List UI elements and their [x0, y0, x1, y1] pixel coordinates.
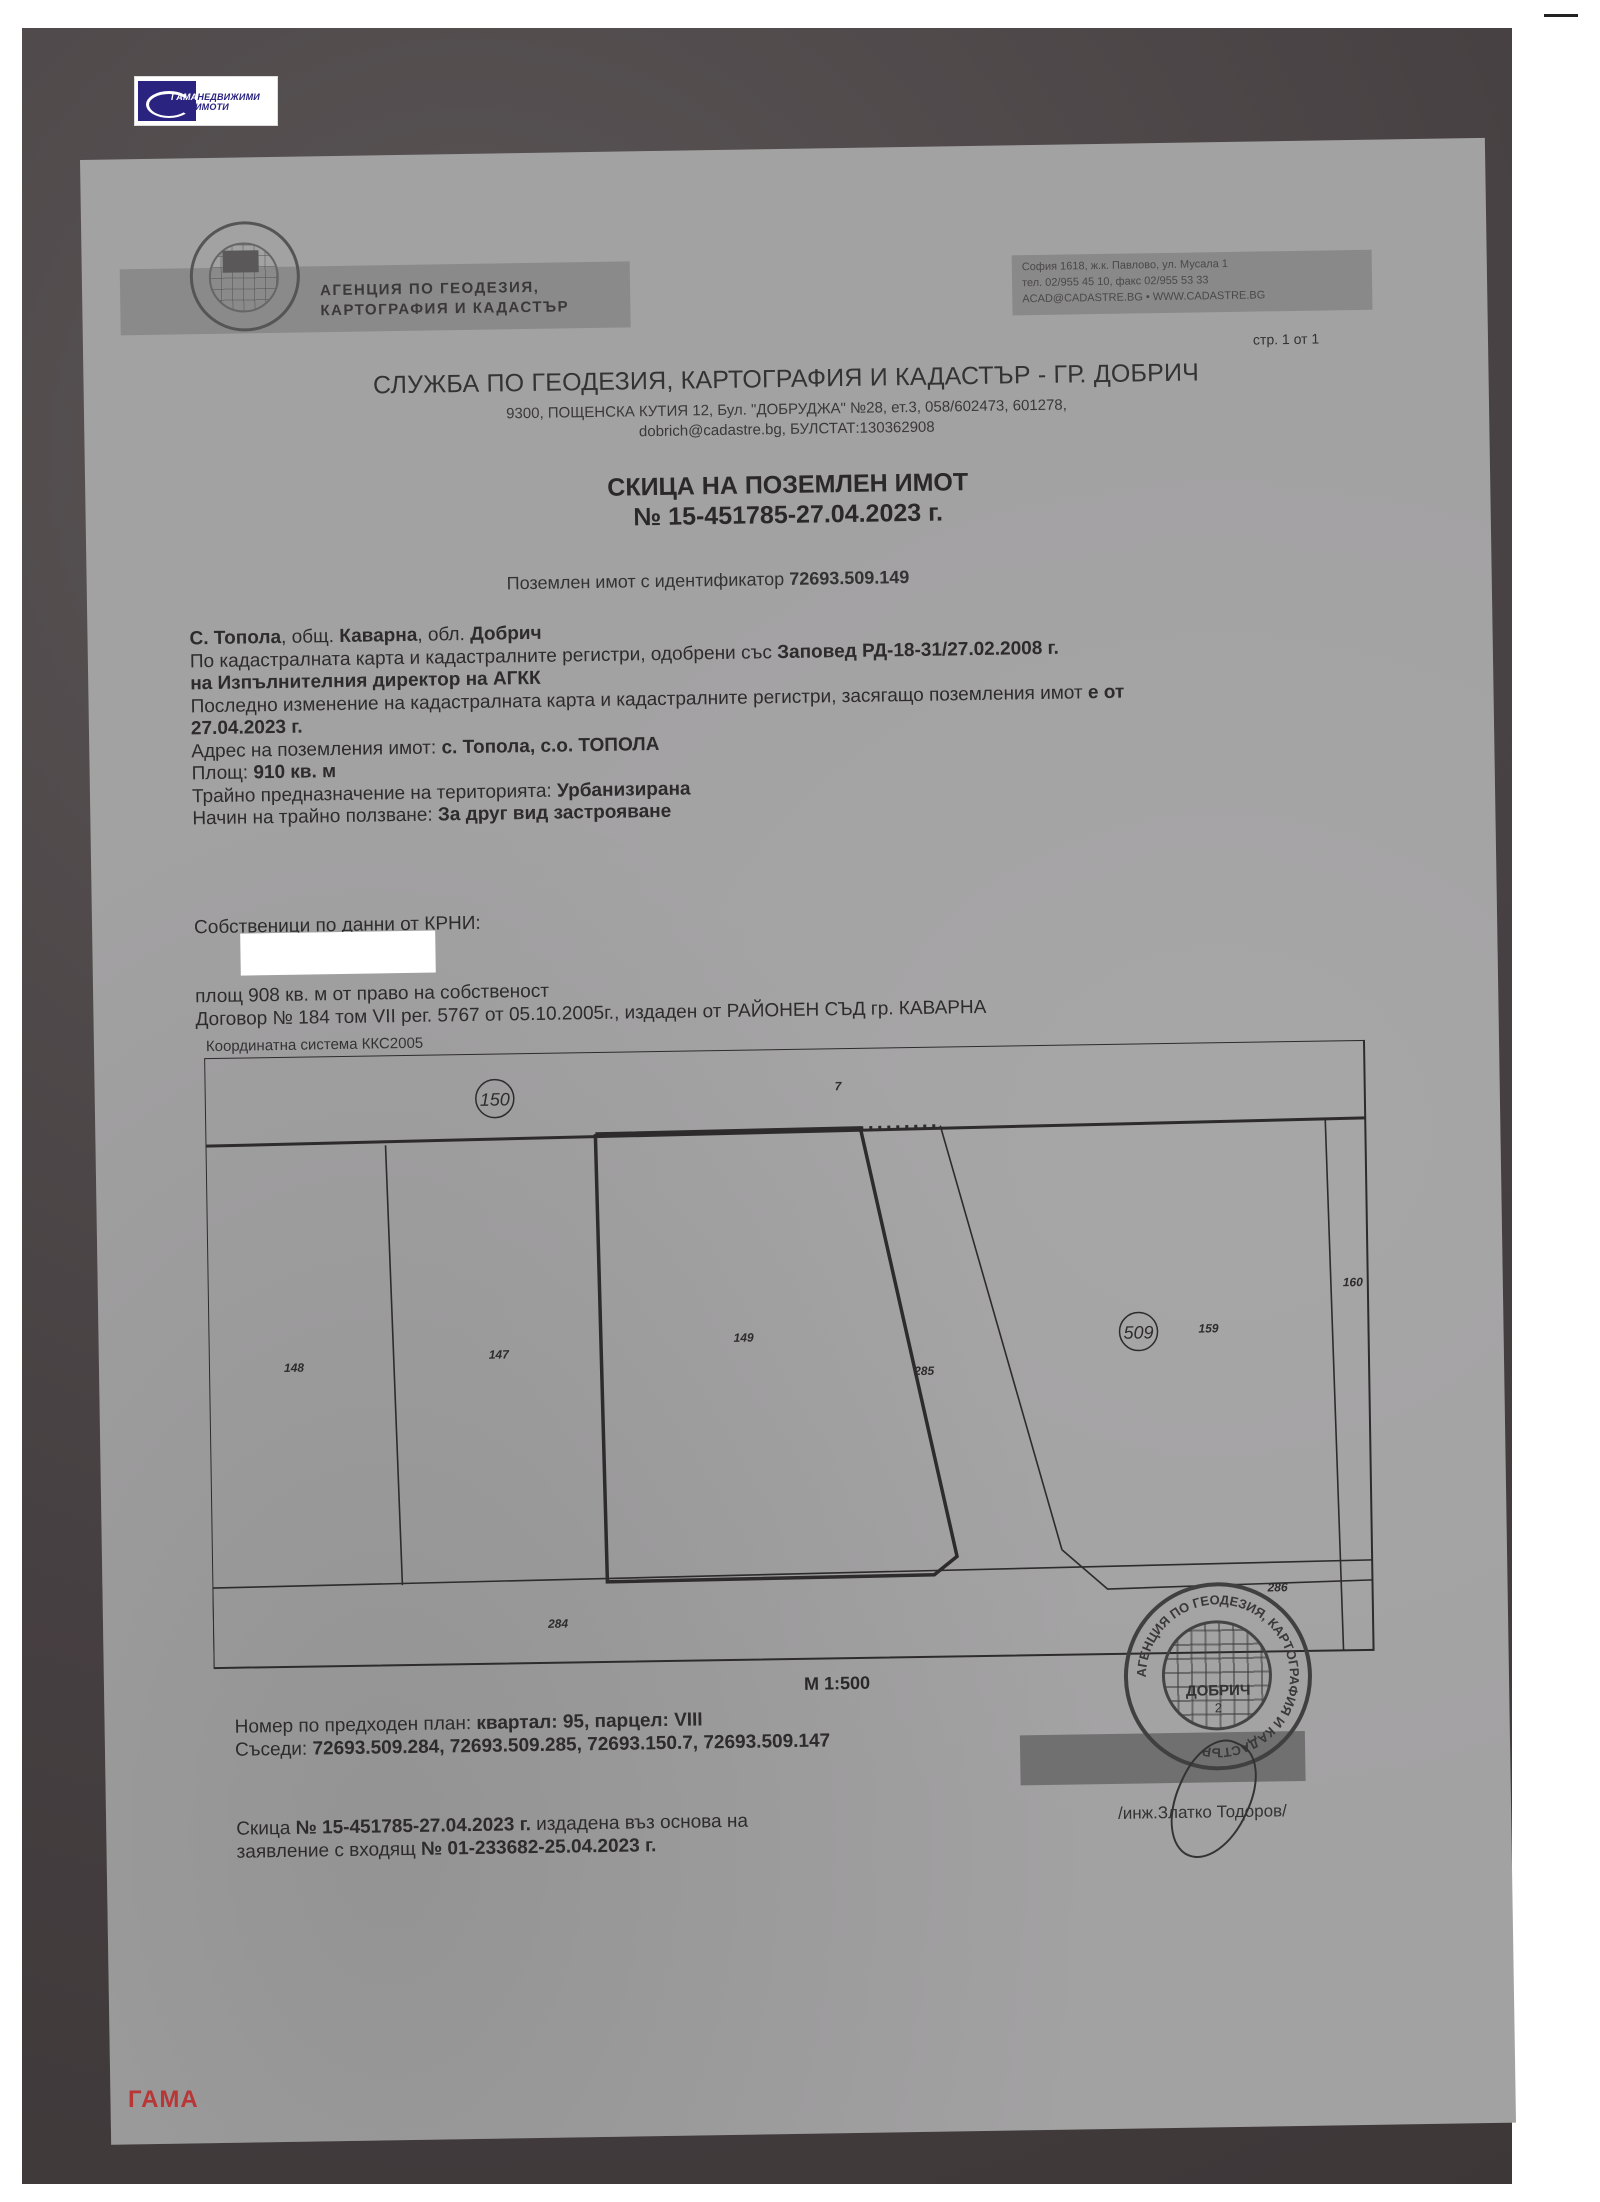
stamp-number: 2 — [1128, 1699, 1308, 1717]
hq-contact: София 1618, ж.к. Павлово, ул. Мусала 1 т… — [1022, 255, 1266, 307]
redaction-block — [240, 931, 436, 976]
issued-suffix: издадена въз основа на — [536, 1811, 748, 1835]
area-value: 910 кв. м — [253, 761, 336, 783]
svg-text:160: 160 — [1343, 1275, 1364, 1289]
cadastre-order: Заповед РД-18-31/27.02.2008 г. — [777, 637, 1059, 662]
issued-prefix: Скица — [236, 1818, 290, 1840]
logo-line2: ИМОТИ — [195, 102, 229, 112]
settlement: С. Топола — [189, 627, 281, 649]
neighbors-label: Съседи: — [235, 1739, 308, 1761]
region: Добрич — [470, 623, 542, 645]
map-scale: М 1:500 — [804, 1673, 870, 1695]
region-label: обл. — [428, 624, 465, 646]
coordinate-system-label: Координатна система ККС2005 — [206, 1035, 424, 1055]
signatory-name: /инж.Златко Тодоров/ — [1118, 1801, 1287, 1824]
svg-text:150: 150 — [480, 1089, 510, 1109]
agency-name-line2: КАРТОГРАФИЯ И КАДАСТЪР — [320, 297, 569, 321]
purpose-value: Урбанизирана — [557, 778, 691, 801]
area-label: Площ: — [191, 762, 248, 784]
gama-logo: ГАМАНЕДВИЖИМИ ИМОТИ — [134, 76, 278, 126]
logo-text: ГАМАНЕДВИЖИМИ ИМОТИ — [171, 92, 260, 112]
logo-brand: ГАМА — [171, 92, 197, 102]
application-prefix: заявление с входящ — [236, 1839, 415, 1863]
svg-text:149: 149 — [733, 1331, 754, 1345]
address-label: Адрес на поземления имот: — [191, 737, 436, 762]
svg-text:509: 509 — [1123, 1322, 1153, 1342]
stamp-city: ДОБРИЧ — [1128, 1681, 1308, 1701]
last-change-date: 27.04.2023 г. — [191, 717, 303, 740]
page-indicator: стр. 1 от 1 — [1253, 331, 1319, 348]
municipality: Каварна — [339, 625, 417, 647]
identifier-label: Поземлен имот с идентификатор — [507, 569, 785, 593]
svg-text:147: 147 — [489, 1347, 511, 1361]
gama-watermark: ГАМА — [128, 2086, 199, 2114]
identifier-value: 72693.509.149 — [789, 567, 909, 589]
property-details: С. Топола, общ. Каварна, обл. Добрич По … — [189, 614, 1126, 831]
svg-text:7: 7 — [835, 1079, 843, 1093]
subject-parcel-outline — [595, 1126, 957, 1582]
usage-label: Начин на трайно ползване: — [192, 805, 433, 830]
previous-plan-label: Номер по предходен план: — [234, 1713, 471, 1738]
address-value: с. Топола, с.о. ТОПОЛА — [441, 733, 659, 757]
previous-plan-value: квартал: 95, парцел: VIII — [476, 1709, 702, 1734]
svg-text:148: 148 — [284, 1361, 305, 1375]
last-change-prefix: е от — [1088, 681, 1125, 703]
scan-edge-mark — [1544, 14, 1578, 17]
svg-text:284: 284 — [547, 1617, 569, 1631]
svg-text:285: 285 — [913, 1364, 935, 1378]
issued-basis: Скица № 15-451785-27.04.2023 г. издадена… — [236, 1810, 748, 1864]
usage-value: За друг вид застрояване — [438, 801, 672, 826]
cadastral-sketch-page: АГЕНЦИЯ ПО ГЕОДЕЗИЯ, КАРТОГРАФИЯ И КАДАС… — [80, 138, 1516, 2145]
municipality-label: общ. — [291, 626, 334, 648]
svg-text:159: 159 — [1198, 1321, 1219, 1335]
issued-sketch-number: № 15-451785-27.04.2023 г. — [295, 1814, 531, 1839]
identifier-line: Поземлен имот с идентификатор 72693.509.… — [507, 567, 910, 594]
application-number: № 01-233682-25.04.2023 г. — [421, 1835, 657, 1860]
logo-line1: НЕДВИЖИМИ — [197, 92, 260, 102]
previous-plan-section: Номер по предходен план: квартал: 95, па… — [234, 1706, 830, 1761]
agency-name: АГЕНЦИЯ ПО ГЕОДЕЗИЯ, КАРТОГРАФИЯ И КАДАС… — [320, 277, 569, 321]
